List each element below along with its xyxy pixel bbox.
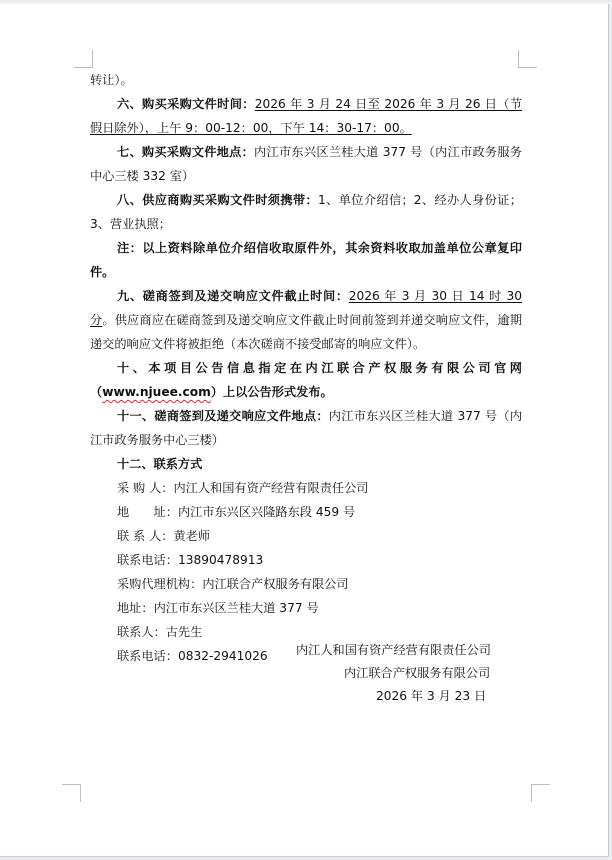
contact-agency-person-label: 联系人： [117,625,166,639]
contact-agency-phone-label: 联系电话： [117,649,178,663]
contact-agency-person-value: 古先生 [166,625,203,639]
section-11-label: 十一、磋商签到及递交响应文件地点： [117,409,329,423]
section-10-announcement: 十、本项目公告信息指定在内江联合产权服务有限公司官网（www.njuee.com… [90,356,522,404]
contact-purchaser-address-label: 地 址： [117,505,178,519]
contact-purchaser-phone: 联系电话：13890478913 [90,548,522,572]
contact-purchaser: 采 购 人：内江人和国有资产经营有限责任公司 [90,476,522,500]
section-9-value: 。供应商应在磋商签到及递交响应文件截止时间前签到并递交响应文件，逾期递交的响应文… [90,313,522,351]
document-page: 转让）。 六、购买采购文件时间：2026 年 3 月 24 日至 2026 年 … [0,4,609,857]
section-7-label: 七、购买采购文件地点： [117,145,254,159]
contact-agency-address-label: 地址： [117,601,154,615]
contact-agency-value: 内江联合产权服务有限公司 [202,577,348,591]
contact-purchaser-phone-label: 联系电话： [117,553,178,567]
contact-purchaser-person-value: 黄老师 [174,529,211,543]
website-link[interactable]: www.njuee.com [102,385,211,399]
margin-corner-mark-bottom-right [531,784,550,802]
margin-corner-mark-top-right [518,50,537,68]
contact-agency-address-value: 内江市东兴区兰桂大道 377 号 [154,601,319,615]
margin-corner-mark-bottom-left [62,784,81,802]
contact-purchaser-phone-value: 13890478913 [178,553,263,567]
contact-agency-address: 地址：内江市东兴区兰桂大道 377 号 [90,596,522,620]
contact-agency-label: 采购代理机构： [117,577,202,591]
section-6-label: 六、购买采购文件时间： [117,97,255,111]
section-6-purchase-time: 六、购买采购文件时间：2026 年 3 月 24 日至 2026 年 3 月 2… [90,92,522,140]
contact-agency-phone-value: 0832-2941026 [178,649,268,663]
section-8-required-documents: 八、供应商购买采购文件时须携带：1、单位介绍信；2、经办人身份证；3、营业执照； [90,188,522,236]
signature-org-2: 内江联合产权服务有限公司 [344,661,490,685]
section-10-text-after: ）上以公告形式发布。 [211,385,333,399]
contact-agency: 采购代理机构：内江联合产权服务有限公司 [90,572,522,596]
section-8-label: 八、供应商购买采购文件时须携带： [117,193,318,207]
note-paragraph: 注：以上资料除单位介绍信收取原件外，其余资料收取加盖单位公章复印件。 [90,236,522,284]
contact-purchaser-value: 内江人和国有资产经营有限责任公司 [174,481,369,495]
contact-purchaser-address-value: 内江市东兴区兴隆路东段 459 号 [178,505,355,519]
margin-corner-mark-top-left [74,50,93,68]
contact-purchaser-label: 采 购 人： [117,481,174,495]
signature-date: 2026 年 3 月 23 日 [376,684,486,708]
section-7-purchase-location: 七、购买采购文件地点：内江市东兴区兰桂大道 377 号（内江市政务服务中心三楼 … [90,140,522,188]
contact-purchaser-address: 地 址：内江市东兴区兴隆路东段 459 号 [90,500,522,524]
contact-purchaser-person-label: 联 系 人： [117,529,174,543]
document-body[interactable]: 转让）。 六、购买采购文件时间：2026 年 3 月 24 日至 2026 年 … [90,68,522,668]
section-9-deadline: 九、磋商签到及递交响应文件截止时间：2026 年 3 月 30 日 14 时 3… [90,284,522,356]
section-9-label: 九、磋商签到及递交响应文件截止时间： [117,289,349,303]
continuation-text: 转让）。 [90,68,522,92]
section-11-submission-location: 十一、磋商签到及递交响应文件地点：内江市东兴区兰桂大道 377 号（内江市政务服… [90,404,522,452]
section-12-heading: 十二、联系方式 [90,452,522,476]
contact-purchaser-person: 联 系 人：黄老师 [90,524,522,548]
signature-org-1: 内江人和国有资产经营有限责任公司 [296,638,491,662]
